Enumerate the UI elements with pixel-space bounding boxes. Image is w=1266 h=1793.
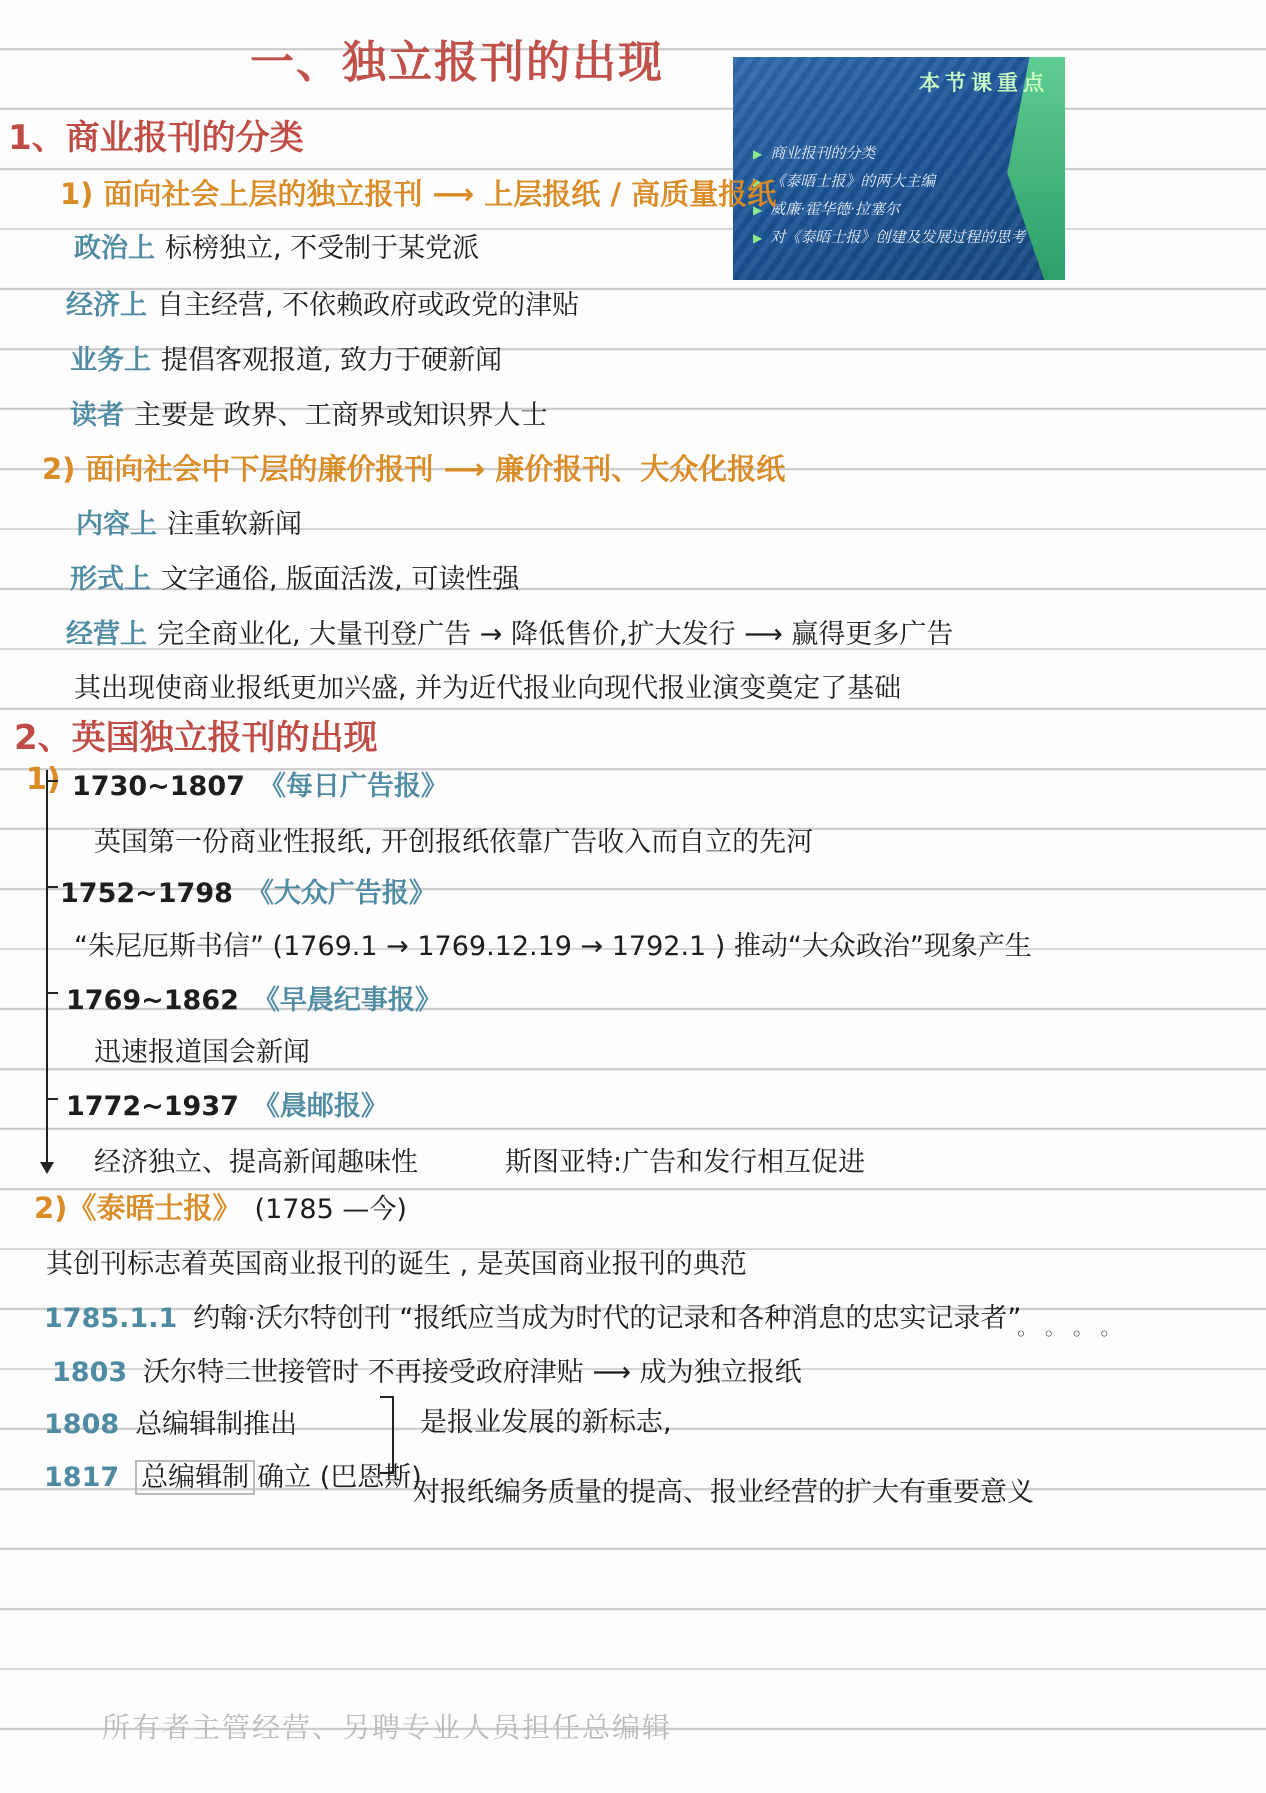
event-text: 总编辑制推出: [135, 1409, 297, 1440]
note-line-content: 内容上注重软新闻: [76, 502, 302, 541]
entry-paper-title: 《晨邮报》: [253, 1091, 388, 1122]
entry-paper-title: 《早晨纪事报》: [253, 985, 442, 1016]
note-line-economy: 经济上自主经营, 不依赖政府或政党的津贴: [66, 283, 579, 322]
times-event: 1808总编辑制推出: [44, 1402, 297, 1441]
slide-bullet: ▶威廉·霍华德·拉塞尔: [753, 195, 1025, 223]
bracket-note: 是报业发展的新标志,: [420, 1400, 672, 1439]
entry-years: 1752~1798: [60, 878, 233, 909]
slide-bullet: ▶商业报刊的分类: [753, 139, 1025, 167]
slide-bullet-text: 对《泰晤士报》创建及发展过程的思考: [770, 228, 1025, 246]
note-line-form: 形式上文字通俗, 版面活泼, 可读性强: [70, 557, 519, 596]
section1-conclusion: 其出现使商业报纸更加兴盛, 并为近代报业向现代报业演变奠定了基础: [74, 666, 901, 705]
times-marker: 2): [34, 1191, 67, 1225]
entry-paper-title: 《每日广告报》: [259, 771, 448, 802]
lecture-slide-image: 本节课重点 ▶商业报刊的分类 ▶《泰晤士报》的两大主编 ▶威廉·霍华德·拉塞尔 …: [733, 57, 1065, 280]
aspect-text: 文字通俗, 版面活泼, 可读性强: [161, 564, 519, 595]
entry-years: 1772~1937: [66, 1091, 239, 1122]
aspect-text: 自主经营, 不依赖政府或政党的津贴: [157, 290, 579, 321]
timeline-tick: [46, 1098, 58, 1100]
note-line-readers: 读者主要是 政界、工商界或知识界人士: [70, 393, 548, 432]
page-title: 一、独立报刊的出现: [250, 26, 664, 90]
event-date: 1817: [44, 1462, 119, 1493]
note-line-operation: 经营上完全商业化, 大量刊登广告 → 降低售价,扩大发行 ⟶ 赢得更多广告: [66, 612, 953, 651]
notes-page: 一、独立报刊的出现 本节课重点 ▶商业报刊的分类 ▶《泰晤士报》的两大主编 ▶威…: [0, 0, 1266, 1793]
event-date: 1785.1.1: [44, 1303, 177, 1334]
aspect-label: 政治上: [74, 233, 155, 264]
aspect-label: 形式上: [70, 564, 151, 595]
timeline-tick: [46, 992, 58, 994]
timeline-entry: 1730~1807《每日广告报》: [72, 764, 448, 803]
aspect-label: 内容上: [76, 509, 157, 540]
slide-bullet-list: ▶商业报刊的分类 ▶《泰晤士报》的两大主编 ▶威廉·霍华德·拉塞尔 ▶对《泰晤士…: [753, 139, 1025, 251]
aspect-label: 经营上: [66, 619, 147, 650]
event-date: 1808: [44, 1409, 119, 1440]
slide-bullet: ▶《泰晤士报》的两大主编: [753, 167, 1025, 195]
section1-subheading-cheap: 2) 面向社会中下层的廉价报刊 ⟶ 廉价报刊、大众化报纸: [42, 447, 785, 488]
timeline-arrow-icon: [40, 1162, 54, 1174]
bullet-arrow-icon: ▶: [753, 147, 762, 161]
times-event: 1785.1.1约翰·沃尔特创刊 “报纸应当成为时代的记录和各种消息的忠实记录者…: [44, 1296, 1021, 1335]
entry-note: “朱尼厄斯书信” (1769.1 → 1769.12.19 → 1792.1 )…: [74, 924, 1032, 963]
emphasis-dots: ◦◦◦◦: [1015, 1322, 1126, 1346]
event-text: 确立 (巴恩斯): [257, 1462, 422, 1493]
section1-subheading-upper: 1) 面向社会上层的独立报刊 ⟶ 上层报纸 / 高质量报纸: [60, 172, 776, 213]
times-event: 1817总编辑制确立 (巴恩斯): [44, 1455, 422, 1494]
times-intro: 其创刊标志着英国商业报刊的诞生 , 是英国商业报刊的典范: [46, 1242, 747, 1281]
entry-note: 英国第一份商业性报纸, 开创报纸依靠广告收入而自立的先河: [94, 820, 813, 859]
entry-note: 迅速报道国会新闻: [94, 1030, 310, 1069]
slide-bullet-text: 威廉·霍华德·拉塞尔: [770, 200, 900, 218]
bracket-note: 对报纸编务质量的提高、报业经营的扩大有重要意义: [413, 1470, 1034, 1509]
aspect-text: 主要是 政界、工商界或知识界人士: [134, 400, 548, 431]
slide-bullet-text: 商业报刊的分类: [770, 144, 875, 162]
boxed-term: 总编辑制: [135, 1460, 255, 1495]
aspect-text: 注重软新闻: [167, 509, 302, 540]
slide-bullet-text: 《泰晤士报》的两大主编: [770, 172, 935, 190]
aspect-label: 经济上: [66, 290, 147, 321]
timeline-tick: [46, 780, 58, 782]
slide-bullet: ▶对《泰晤士报》创建及发展过程的思考: [753, 223, 1025, 251]
times-event: 1803沃尔特二世接管时 不再接受政府津贴 ⟶ 成为独立报纸: [52, 1350, 802, 1389]
entry-paper-title: 《大众广告报》: [247, 878, 436, 909]
timeline-line: [46, 770, 48, 1162]
section1-heading: 1、商业报刊的分类: [8, 110, 304, 159]
section2-heading: 2、英国独立报刊的出现: [14, 710, 378, 759]
times-title: 《泰晤士报》: [67, 1191, 241, 1225]
timeline-entry: 1772~1937《晨邮报》: [66, 1084, 388, 1123]
aspect-text: 提倡客观报道, 致力于硬新闻: [161, 345, 502, 376]
aspect-label: 读者: [70, 400, 124, 431]
aspect-text: 标榜独立, 不受制于某党派: [165, 233, 479, 264]
bracket-shape: [380, 1396, 394, 1474]
entry-years: 1730~1807: [72, 771, 245, 802]
aspect-label: 业务上: [70, 345, 151, 376]
entry-note: 经济独立、提高新闻趣味性: [94, 1140, 418, 1179]
times-heading: 2)《泰晤士报》 (1785 —今): [34, 1186, 407, 1227]
timeline-tick: [46, 886, 58, 888]
timeline-entry: 1752~1798《大众广告报》: [60, 871, 436, 910]
event-text: 约翰·沃尔特创刊 “报纸应当成为时代的记录和各种消息的忠实记录者”: [193, 1303, 1021, 1334]
event-text: 沃尔特二世接管时 不再接受政府津贴 ⟶ 成为独立报纸: [143, 1357, 801, 1388]
times-years: (1785 —今): [255, 1194, 407, 1225]
timeline-entry: 1769~1862《早晨纪事报》: [66, 978, 442, 1017]
entry-years: 1769~1862: [66, 985, 239, 1016]
note-line-politics: 政治上标榜独立, 不受制于某党派: [74, 226, 479, 265]
entry-note-extra: 斯图亚特:广告和发行相互促进: [505, 1140, 865, 1179]
aspect-text: 完全商业化, 大量刊登广告 → 降低售价,扩大发行 ⟶ 赢得更多广告: [157, 619, 953, 650]
event-date: 1803: [52, 1357, 127, 1388]
note-line-business: 业务上提倡客观报道, 致力于硬新闻: [70, 338, 502, 377]
bullet-arrow-icon: ▶: [753, 231, 762, 245]
slide-title: 本节课重点: [919, 67, 1049, 97]
page-footnote: 所有者主管经营、另聘专业人员担任总编辑: [102, 1706, 672, 1746]
